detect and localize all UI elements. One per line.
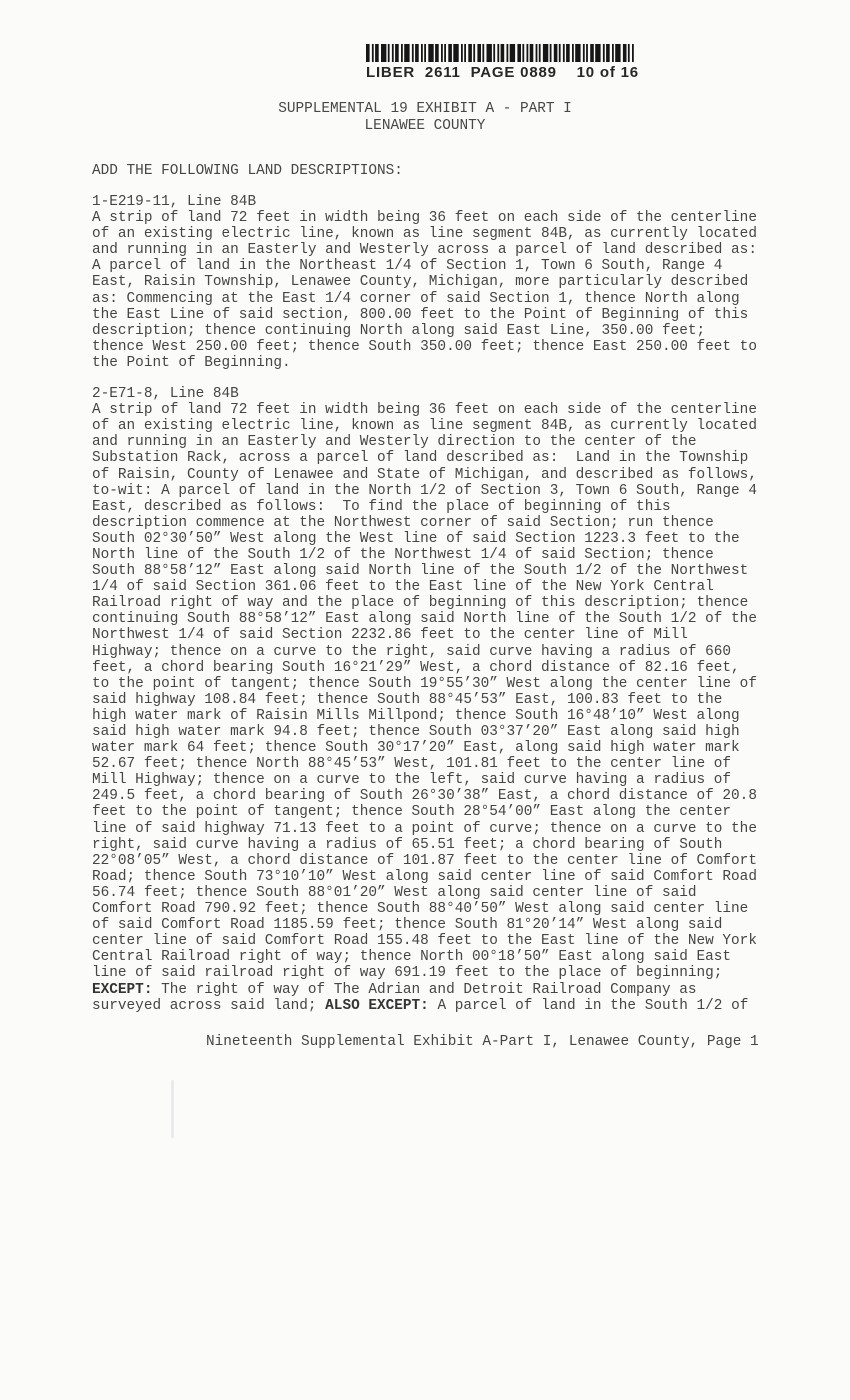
document-title: SUPPLEMENTAL 19 EXHIBIT A - PART I LENAW… <box>0 101 850 134</box>
section-heading: 2-E71-8, Line 84B <box>92 386 757 402</box>
text-segment: Substation Rack, across a parcel of land… <box>92 450 748 466</box>
text-segment: said high water mark 94.8 feet; thence S… <box>92 724 740 740</box>
text-segment: feet, a chord bearing South 16°21’29” We… <box>92 660 740 676</box>
text-segment: 1/4 of said Section 361.06 feet to the E… <box>92 579 714 595</box>
text-segment: thence West 250.00 feet; thence South 35… <box>92 339 757 355</box>
text-segment: A parcel of land in the Northeast 1/4 of… <box>92 258 722 274</box>
description-line: water mark 64 feet; thence South 30°17’2… <box>92 740 757 756</box>
description-line: East, described as follows: To find the … <box>92 499 757 515</box>
text-segment: the Point of Beginning. <box>92 355 291 371</box>
text-segment: North line of the South 1/2 of the North… <box>92 547 714 563</box>
description-line: description commence at the Northwest co… <box>92 515 757 531</box>
bold-text: EXCEPT: <box>92 982 152 998</box>
title-line-1: SUPPLEMENTAL 19 EXHIBIT A - PART I <box>0 101 850 118</box>
description-line: Comfort Road 790.92 feet; thence South 8… <box>92 901 757 917</box>
description-line: East, Raisin Township, Lenawee County, M… <box>92 274 757 290</box>
page-footer: Nineteenth Supplemental Exhibit A-Part I… <box>206 1034 759 1050</box>
description-line: A parcel of land in the Northeast 1/4 of… <box>92 258 757 274</box>
scan-artifact <box>171 1080 174 1138</box>
text-segment: A strip of land 72 feet in width being 3… <box>92 210 757 226</box>
description-line: the Point of Beginning. <box>92 355 757 371</box>
recording-stamp: LIBER 2611 PAGE 0889 10 of 16 <box>366 44 656 81</box>
description-section: 1-E219-11, Line 84BA strip of land 72 fe… <box>92 194 757 371</box>
text-segment: right, said curve having a radius of 65.… <box>92 837 722 853</box>
text-segment: feet to the point of tangent; thence Sou… <box>92 804 731 820</box>
text-segment: South 88°58’12” East along said North li… <box>92 563 748 579</box>
text-segment: Central Railroad right of way; thence No… <box>92 949 731 965</box>
description-line: Northwest 1/4 of said Section 2232.86 fe… <box>92 627 757 643</box>
text-segment: and running in an Easterly and Westerly … <box>92 434 697 450</box>
description-line: of an existing electric line, known as l… <box>92 418 757 434</box>
text-segment: as: Commencing at the East 1/4 corner of… <box>92 291 740 307</box>
text-segment: East, described as follows: To find the … <box>92 499 671 515</box>
description-line: of said Comfort Road 1185.59 feet; thenc… <box>92 917 757 933</box>
text-segment: Railroad right of way and the place of b… <box>92 595 748 611</box>
description-line: 249.5 feet, a chord bearing of South 26°… <box>92 788 757 804</box>
text-segment: 52.67 feet; thence North 88°45’53” West,… <box>92 756 731 772</box>
text-segment: and running in an Easterly and Westerly … <box>92 242 757 258</box>
text-segment: South 02°30’50” West along the West line… <box>92 531 740 547</box>
description-line: Central Railroad right of way; thence No… <box>92 949 757 965</box>
text-segment: Comfort Road 790.92 feet; thence South 8… <box>92 901 748 917</box>
text-segment: A strip of land 72 feet in width being 3… <box>92 402 757 418</box>
description-line: line of said highway 71.13 feet to a poi… <box>92 821 757 837</box>
bold-text: ALSO EXCEPT: <box>325 998 429 1014</box>
text-segment: line of said railroad right of way 691.1… <box>92 965 722 981</box>
title-line-2: LENAWEE COUNTY <box>0 118 850 135</box>
description-line: of Raisin, County of Lenawee and State o… <box>92 467 757 483</box>
document-page: LIBER 2611 PAGE 0889 10 of 16 SUPPLEMENT… <box>0 0 850 1400</box>
description-line: 52.67 feet; thence North 88°45’53” West,… <box>92 756 757 772</box>
description-line: said highway 108.84 feet; thence South 8… <box>92 692 757 708</box>
description-line: of an existing electric line, known as l… <box>92 226 757 242</box>
description-line: Railroad right of way and the place of b… <box>92 595 757 611</box>
stamp-caption: LIBER 2611 PAGE 0889 10 of 16 <box>366 64 656 81</box>
description-line: as: Commencing at the East 1/4 corner of… <box>92 291 757 307</box>
description-line: to-wit: A parcel of land in the North 1/… <box>92 483 757 499</box>
description-line: and running in an Easterly and Westerly … <box>92 434 757 450</box>
description-line: thence West 250.00 feet; thence South 35… <box>92 339 757 355</box>
text-segment: line of said highway 71.13 feet to a poi… <box>92 821 757 837</box>
text-segment: description; thence continuing North alo… <box>92 323 705 339</box>
text-segment: of an existing electric line, known as l… <box>92 226 757 242</box>
description-line: said high water mark 94.8 feet; thence S… <box>92 724 757 740</box>
text-segment: 22°08’05” West, a chord distance of 101.… <box>92 853 757 869</box>
text-segment: continuing South 88°58’12” East along sa… <box>92 611 757 627</box>
text-segment: of said Comfort Road 1185.59 feet; thenc… <box>92 917 722 933</box>
text-segment: center line of said Comfort Road 155.48 … <box>92 933 757 949</box>
description-line: EXCEPT: The right of way of The Adrian a… <box>92 982 757 998</box>
text-segment: to-wit: A parcel of land in the North 1/… <box>92 483 757 499</box>
description-line: surveyed across said land; ALSO EXCEPT: … <box>92 998 757 1014</box>
description-line: South 02°30’50” West along the West line… <box>92 531 757 547</box>
description-line: A strip of land 72 feet in width being 3… <box>92 402 757 418</box>
text-segment: East, Raisin Township, Lenawee County, M… <box>92 274 748 290</box>
description-line: Mill Highway; thence on a curve to the l… <box>92 772 757 788</box>
text-segment: Mill Highway; thence on a curve to the l… <box>92 772 731 788</box>
description-line: A strip of land 72 feet in width being 3… <box>92 210 757 226</box>
text-segment: of an existing electric line, known as l… <box>92 418 757 434</box>
text-segment: of Raisin, County of Lenawee and State o… <box>92 467 757 483</box>
text-segment: said highway 108.84 feet; thence South 8… <box>92 692 722 708</box>
description-line: to the point of tangent; thence South 19… <box>92 676 757 692</box>
text-segment: water mark 64 feet; thence South 30°17’2… <box>92 740 740 756</box>
description-line: center line of said Comfort Road 155.48 … <box>92 933 757 949</box>
description-line: North line of the South 1/2 of the North… <box>92 547 757 563</box>
intro-line: ADD THE FOLLOWING LAND DESCRIPTIONS: <box>92 163 403 179</box>
description-line: 22°08’05” West, a chord distance of 101.… <box>92 853 757 869</box>
description-line: description; thence continuing North alo… <box>92 323 757 339</box>
description-line: Road; thence South 73°10’10” West along … <box>92 869 757 885</box>
text-segment: 249.5 feet, a chord bearing of South 26°… <box>92 788 757 804</box>
description-line: continuing South 88°58’12” East along sa… <box>92 611 757 627</box>
description-line: high water mark of Raisin Mills Millpond… <box>92 708 757 724</box>
section-heading: 1-E219-11, Line 84B <box>92 194 757 210</box>
text-segment: description commence at the Northwest co… <box>92 515 714 531</box>
barcode <box>366 44 638 62</box>
text-segment: surveyed across said land; <box>92 998 325 1014</box>
description-line: South 88°58’12” East along said North li… <box>92 563 757 579</box>
description-line: 56.74 feet; thence South 88°01’20” West … <box>92 885 757 901</box>
text-segment: 56.74 feet; thence South 88°01’20” West … <box>92 885 697 901</box>
description-line: and running in an Easterly and Westerly … <box>92 242 757 258</box>
description-line: Highway; thence on a curve to the right,… <box>92 644 757 660</box>
description-line: feet to the point of tangent; thence Sou… <box>92 804 757 820</box>
text-segment: the East Line of said section, 800.00 fe… <box>92 307 748 323</box>
text-segment: to the point of tangent; thence South 19… <box>92 676 757 692</box>
text-segment: Highway; thence on a curve to the right,… <box>92 644 731 660</box>
description-line: right, said curve having a radius of 65.… <box>92 837 757 853</box>
text-segment: The right of way of The Adrian and Detro… <box>152 982 696 998</box>
text-segment: Northwest 1/4 of said Section 2232.86 fe… <box>92 627 688 643</box>
text-segment: A parcel of land in the South 1/2 of <box>429 998 749 1014</box>
text-segment: high water mark of Raisin Mills Millpond… <box>92 708 740 724</box>
description-section: 2-E71-8, Line 84BA strip of land 72 feet… <box>92 386 757 1014</box>
land-descriptions: 1-E219-11, Line 84BA strip of land 72 fe… <box>92 194 757 1029</box>
text-segment: Road; thence South 73°10’10” West along … <box>92 869 757 885</box>
description-line: feet, a chord bearing South 16°21’29” We… <box>92 660 757 676</box>
description-line: line of said railroad right of way 691.1… <box>92 965 757 981</box>
description-line: the East Line of said section, 800.00 fe… <box>92 307 757 323</box>
description-line: 1/4 of said Section 361.06 feet to the E… <box>92 579 757 595</box>
description-line: Substation Rack, across a parcel of land… <box>92 450 757 466</box>
